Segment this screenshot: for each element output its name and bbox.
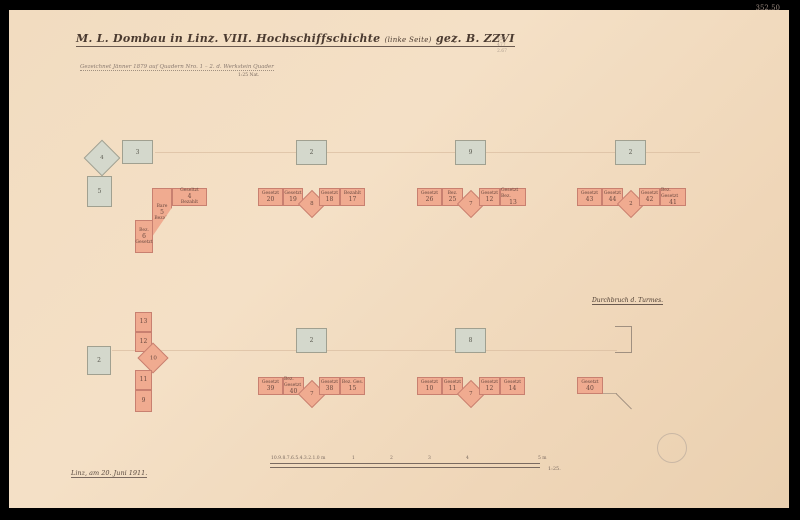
stone-block: Gesetzt43 [577,188,602,206]
stone-block: 11 [135,370,152,390]
pier: 9 [455,140,486,165]
catalog-number: 352.50 [756,4,781,12]
scale-tick: 4 [466,456,469,461]
stone-block: Gesetzt39 [258,377,283,395]
title-main: M. L. Dombau in Linz. VIII. Hochschiffsc… [76,32,380,45]
stone-block: Bez.6Gesetzt [135,220,153,253]
stone-block: Gesetzt20 [258,188,283,206]
stone-block: Bezahlt17 [340,188,365,206]
pier: 2 [87,346,111,375]
subtitle-note: 1:25 Nat. [238,73,259,78]
stone-block: Gesetzt18 [319,188,340,206]
pier: 3 [122,140,153,164]
tower-outline [615,326,632,353]
stone-block: Gesetzt42 [639,188,660,206]
stone-block: 9 [135,390,152,412]
stone-block: Geseltzt4Bezahlt [172,188,207,206]
stone-block: Gesetzt10 [417,377,442,395]
scale-tick: 3 [428,456,431,461]
scale-tick: 5 m [538,456,547,461]
title-side: (linke Seite) [385,36,432,44]
pier: 5 [87,176,112,207]
stone-block: Gesetzt26 [417,188,442,206]
tower-passage-label: Durchbruch d. Turmes. [592,297,663,305]
pier: 2 [615,140,646,165]
stone-block: Gesetzt Bez.13 [500,188,526,206]
scale-minor-label: 10.9.8.7.6.5.4.3.2.1.0 m [271,456,325,461]
pencil-notes: 452 477 2.67 [497,37,507,55]
scale-ratio: 1:25. [548,466,561,472]
scale-bar [270,463,540,468]
pier: 2 [296,140,327,165]
pier: 2 [296,328,327,353]
scale-tick: 2 [390,456,393,461]
axis-line-bottom [112,350,617,351]
date-signature: Linz, am 20. Juni 1911. [71,469,147,478]
stone-block: Bez. Gesetzt41 [660,188,686,206]
stone-block: Gesetzt38 [319,377,340,395]
stone-block: Gesetzt40 [577,377,603,394]
pier: 8 [455,328,486,353]
scale-tick: 1 [352,456,355,461]
drawing-subtitle: Gezeichnet Jänner 1879 auf Quadern Nro. … [80,64,274,71]
stone-block: Bez. Ges.15 [340,377,365,395]
archive-stamp [657,433,687,463]
stone-block: Gesetzt14 [500,377,525,395]
stone-block: Gesetzt12 [479,377,500,395]
stone-block: Gesetzt12 [479,188,500,206]
drawing-title: M. L. Dombau in Linz. VIII. Hochschiffsc… [76,32,515,47]
stone-block: 13 [135,312,152,332]
